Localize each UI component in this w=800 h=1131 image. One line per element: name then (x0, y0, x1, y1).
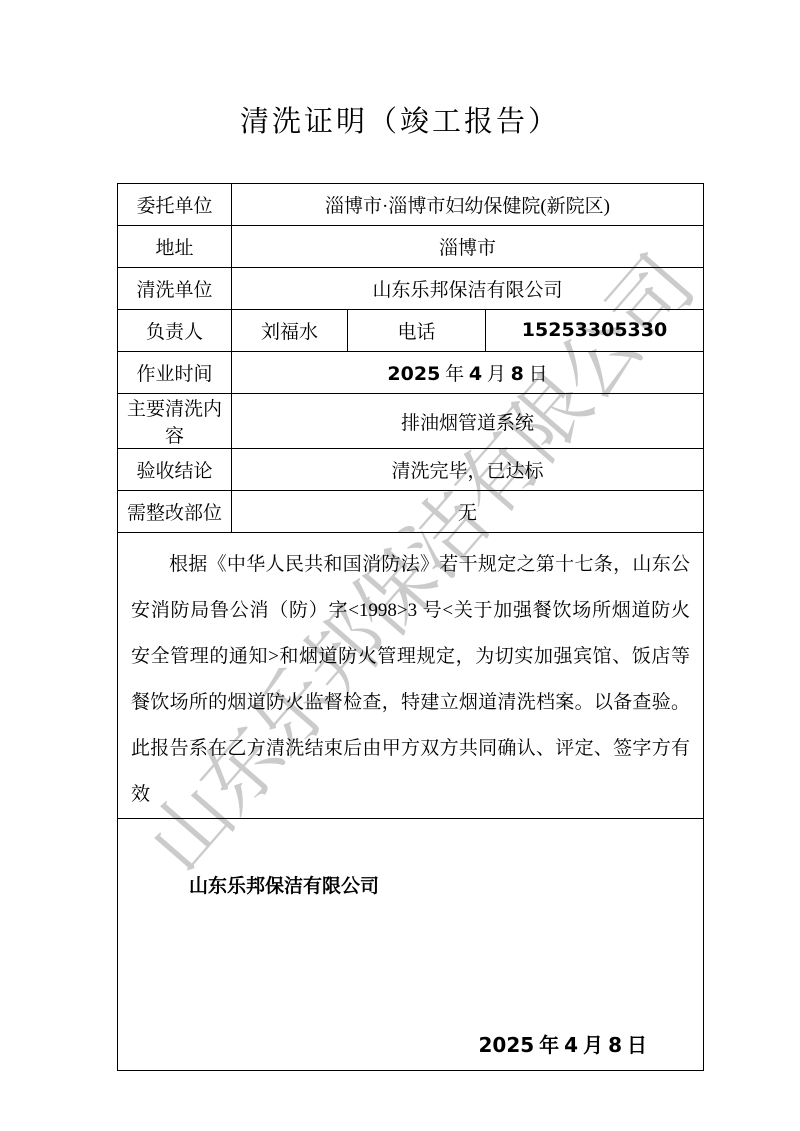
address-label: 地址 (118, 226, 232, 268)
row-work-time: 作业时间 2025 年 4 月 8 日 (118, 352, 704, 394)
row-cleaning-content: 主要清洗内容 排油烟管道系统 (118, 394, 704, 449)
row-acceptance-conclusion: 验收结论 清洗完毕，已达标 (118, 449, 704, 491)
cleaning-content-label: 主要清洗内容 (118, 394, 232, 449)
cleaning-content-value: 排油烟管道系统 (232, 394, 704, 449)
work-time-label: 作业时间 (118, 352, 232, 394)
row-legal-note: 根据《中华人民共和国消防法》若干规定之第十七条，山东公安消防局鲁公消（防）字<1… (118, 533, 704, 819)
acceptance-conclusion-label: 验收结论 (118, 449, 232, 491)
row-signature: 山东乐邦保洁有限公司 2025 年 4 月 8 日 (118, 819, 704, 1071)
signature-date: 2025 年 4 月 8 日 (479, 1029, 648, 1058)
row-entrust-unit: 委托单位 淄博市·淄博市妇幼保健院(新院区) (118, 184, 704, 226)
rectification-value: 无 (232, 491, 704, 533)
signature-company: 山东乐邦保洁有限公司 (189, 871, 379, 898)
row-rectification: 需整改部位 无 (118, 491, 704, 533)
work-time-value: 2025 年 4 月 8 日 (232, 352, 704, 394)
row-address: 地址 淄博市 (118, 226, 704, 268)
row-cleaning-unit: 清洗单位 山东乐邦保洁有限公司 (118, 268, 704, 310)
row-manager-phone: 负责人 刘福水 电话 15253305330 (118, 310, 704, 352)
phone-label: 电话 (348, 310, 486, 352)
document-title: 清洗证明（竣工报告） (0, 99, 800, 140)
signature-cell: 山东乐邦保洁有限公司 2025 年 4 月 8 日 (118, 819, 704, 1071)
rectification-label: 需整改部位 (118, 491, 232, 533)
entrust-unit-value: 淄博市·淄博市妇幼保健院(新院区) (232, 184, 704, 226)
cleaning-unit-label: 清洗单位 (118, 268, 232, 310)
manager-value: 刘福水 (232, 310, 348, 352)
acceptance-conclusion-value: 清洗完毕，已达标 (232, 449, 704, 491)
report-table: 委托单位 淄博市·淄博市妇幼保健院(新院区) 地址 淄博市 清洗单位 山东乐邦保… (117, 183, 704, 1071)
legal-note-paragraph: 根据《中华人民共和国消防法》若干规定之第十七条，山东公安消防局鲁公消（防）字<1… (118, 533, 704, 819)
phone-value: 15253305330 (486, 310, 704, 352)
entrust-unit-label: 委托单位 (118, 184, 232, 226)
cleaning-unit-value: 山东乐邦保洁有限公司 (232, 268, 704, 310)
address-value: 淄博市 (232, 226, 704, 268)
manager-label: 负责人 (118, 310, 232, 352)
